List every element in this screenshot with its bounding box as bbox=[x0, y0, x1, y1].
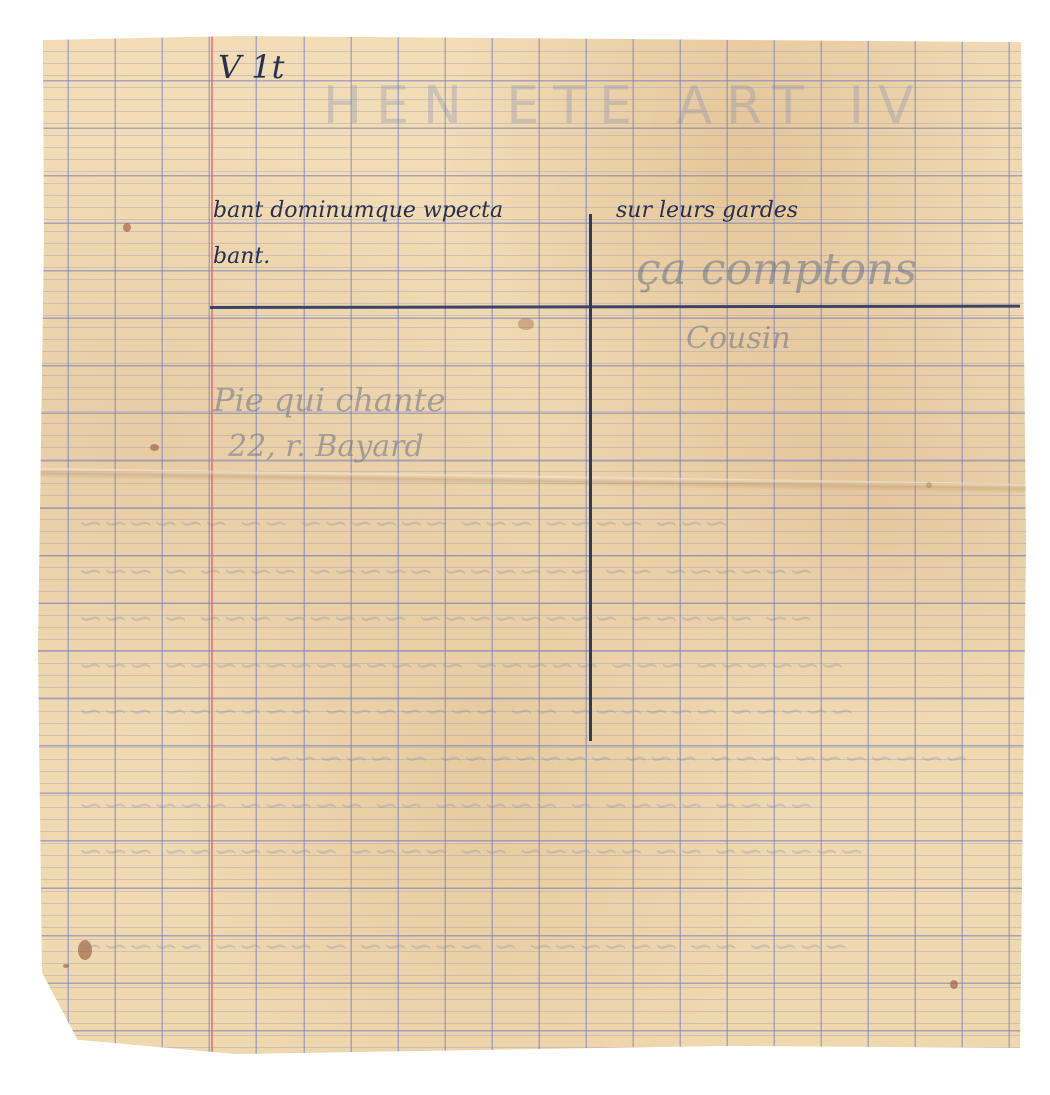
stain bbox=[150, 444, 159, 451]
pencil-note-cousin: Cousin bbox=[686, 321, 791, 356]
bleed-through-line: ~~~ ~~~~ ~~~ ~~~~~~ ~~ ~~~~~~ bbox=[78, 506, 729, 541]
bleed-through-line: ~~~~~~~ ~~~ ~~~ ~~~~~~~ ~ ~~~~~ bbox=[268, 741, 969, 776]
stain bbox=[123, 223, 131, 232]
pencil-note-top-right: ça comptons bbox=[636, 244, 917, 295]
stain bbox=[950, 980, 958, 989]
stain bbox=[63, 964, 69, 968]
ink-line-1-right: sur leurs gardes bbox=[616, 198, 798, 223]
notebook-page: HEN ETE ART IV ~~~ ~~~~ ~~~ ~~~~~~ ~~ ~~… bbox=[38, 36, 1026, 1054]
bleed-through-line: ~~ ~~~~~ ~~~~~~~~ ~~~~~ ~~~ ~ ~~~ bbox=[78, 601, 814, 636]
bleed-through-line: ~~~~~~ ~~ ~~~~~~ ~~~~~ ~~~~ ~ ~~~ bbox=[78, 554, 814, 589]
bleed-through-line: ~~~~ ~~ ~~~~~~ ~ ~~~~~ ~ ~~~~ ~~~~~ bbox=[78, 929, 849, 964]
bleed-through-line: ~~~~~ ~~~~~~ ~~ ~~~~~~~ ~~~~~~ ~~~ bbox=[78, 694, 855, 729]
bleed-through-line: ~~~~ ~~~~ ~ ~~~~~ ~~ ~~~~~ ~~~~~~ bbox=[78, 788, 814, 823]
red-margin-line bbox=[211, 36, 213, 1054]
corner-mark: V 1t bbox=[218, 48, 285, 86]
bleed-through-line: ~~~~~~ ~~ ~~~~~ ~~ ~~~~ ~~~~~~~ ~~~ bbox=[78, 834, 864, 869]
ink-line-1-left: bant dominumque wpecta bbox=[213, 198, 503, 223]
grid-vertical-lines bbox=[38, 36, 1026, 1054]
stain bbox=[926, 482, 932, 488]
ink-line-2: bant. bbox=[213, 244, 270, 269]
table-vertical-rule bbox=[589, 214, 592, 741]
stain bbox=[518, 318, 534, 330]
bleed-through-heading: HEN ETE ART IV bbox=[323, 76, 928, 136]
pencil-note-name: Pie qui chante bbox=[213, 381, 445, 419]
bleed-through-line: ~~~~~~ ~~~ ~~~~~ ~~~~~~~~~~~~ ~~~ bbox=[78, 648, 845, 683]
pencil-note-address: 22, r. Bayard bbox=[228, 429, 424, 464]
